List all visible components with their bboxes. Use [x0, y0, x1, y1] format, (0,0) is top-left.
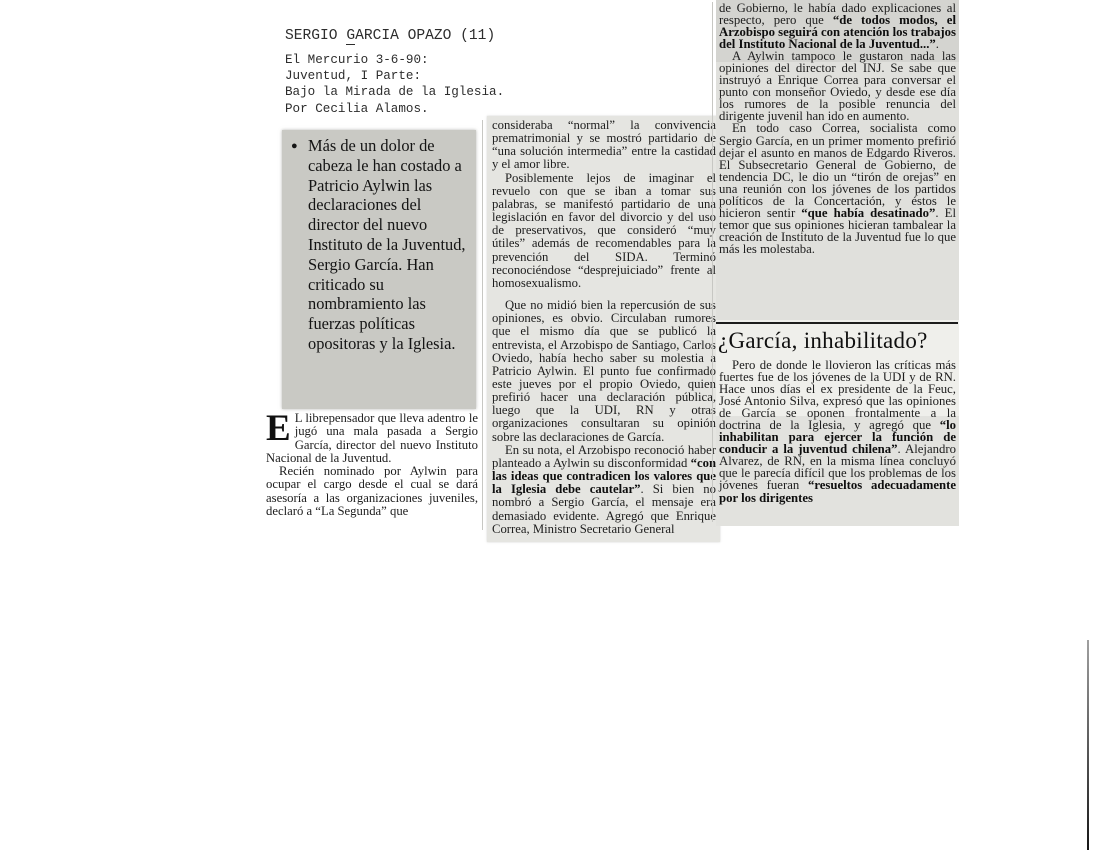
- scanned-press-clipping: SERGIO GARCIA OPAZO (11) El Mercurio 3-6…: [0, 0, 1100, 850]
- article-paragraph: Posiblemente lejos de imaginar el revuel…: [492, 172, 716, 290]
- body-text: ARCIA OPAZO (11): [355, 28, 495, 44]
- article-paragraph: Que no midió bien la repercusión de sus …: [492, 299, 716, 444]
- clipping-reference-header: SERGIO GARCIA OPAZO (11): [285, 28, 495, 44]
- bullet-icon: ●: [291, 136, 308, 354]
- article-paragraph: En todo caso Correa, socialista como Ser…: [719, 122, 956, 255]
- article-paragraph: de Gobierno, le había dado explicaciones…: [719, 2, 956, 50]
- body-text: Que no midió bien la repercusión de sus …: [492, 298, 716, 444]
- subhead-divider: [716, 322, 958, 324]
- source-line: El Mercurio 3-6-90:: [285, 52, 504, 68]
- body-text: En su nota, el Arzobispo reconoció haber…: [492, 443, 716, 470]
- lead-summary-text: Más de un dolor de cabeza le han costado…: [308, 136, 469, 354]
- body-text: G: [346, 28, 355, 45]
- source-line: Bajo la Mirada de la Iglesia.: [285, 84, 504, 100]
- column-rule: [712, 2, 713, 522]
- body-text: L librepensador que lleva adentro le jug…: [266, 411, 478, 465]
- source-line: Juventud, I Parte:: [285, 68, 504, 84]
- body-text: Posiblemente lejos de imaginar el revuel…: [492, 171, 716, 290]
- scan-edge-artifact: [1087, 640, 1089, 850]
- article-paragraph: EL librepensador que lleva adentro le ju…: [266, 412, 478, 465]
- article-column-middle: consideraba “normal” la convivencia prem…: [487, 116, 720, 542]
- article-column-right-bottom: Pero de donde le llovieron las críticas …: [716, 359, 959, 504]
- body-text: consideraba “normal” la convivencia prem…: [492, 118, 716, 171]
- article-paragraph: En su nota, el Arzobispo reconoció haber…: [492, 444, 716, 536]
- article-column-right: de Gobierno, le había dado explicaciones…: [716, 0, 959, 255]
- body-text: Pero de donde le llovieron las críticas …: [719, 358, 956, 432]
- body-text: SERGIO: [285, 28, 346, 44]
- article-paragraph: consideraba “normal” la convivencia prem…: [492, 119, 716, 172]
- lead-summary-box: ● Más de un dolor de cabeza le han costa…: [282, 130, 476, 409]
- column-rule: [482, 120, 483, 530]
- article-column-left: EL librepensador que lleva adentro le ju…: [266, 412, 478, 518]
- source-line: Por Cecilia Alamos.: [285, 101, 504, 117]
- body-text: Recién nominado por Aylwin para ocupar e…: [266, 464, 478, 518]
- section-subhead: ¿García, inhabilitado?: [718, 328, 928, 354]
- article-paragraph: Recién nominado por Aylwin para ocupar e…: [266, 465, 478, 518]
- article-paragraph: Pero de donde le llovieron las críticas …: [719, 359, 956, 504]
- body-text: A Aylwin tampoco le gustaron nada las op…: [719, 49, 956, 123]
- article-column-right-top: de Gobierno, le había dado explicaciones…: [716, 0, 959, 255]
- source-lines: El Mercurio 3-6-90:Juventud, I Parte:Baj…: [285, 52, 504, 117]
- article-paragraph: A Aylwin tampoco le gustaron nada las op…: [719, 50, 956, 122]
- drop-cap: E: [266, 412, 295, 444]
